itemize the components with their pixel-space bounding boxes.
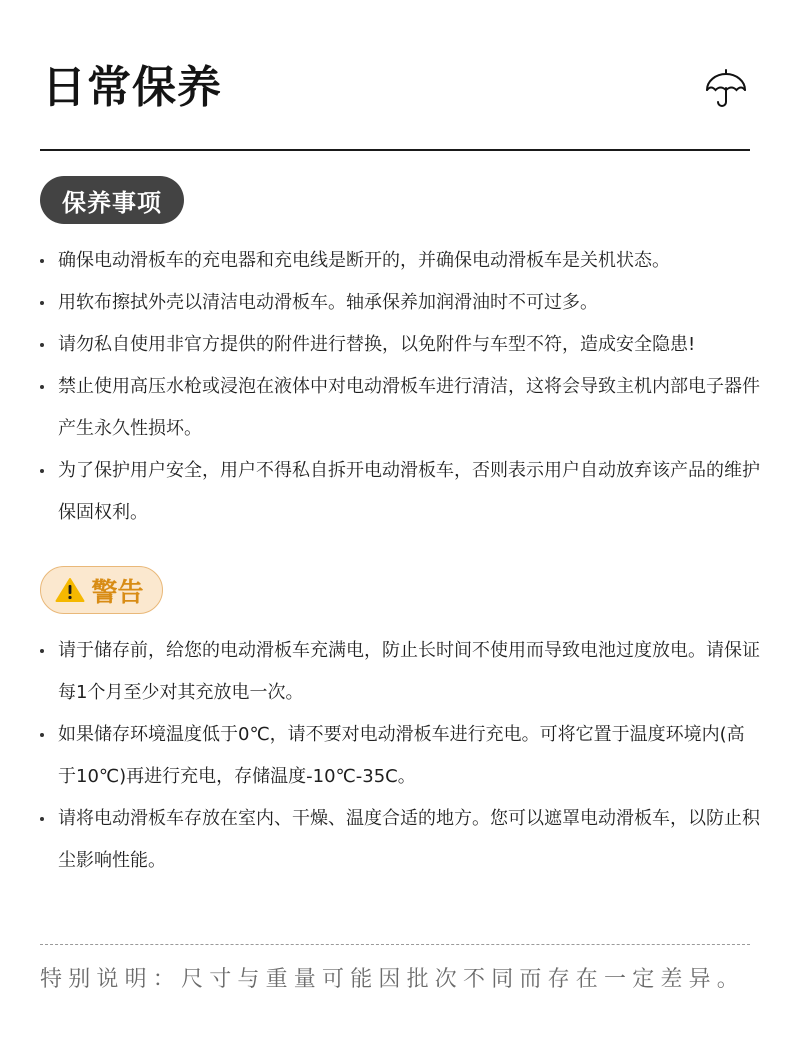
list-item: 禁止使用高压水枪或浸泡在液体中对电动滑板车进行清洁，这将会导致主机内部电子器件产… — [40, 366, 760, 450]
list-item: 为了保护用户安全，用户不得私自拆开电动滑板车，否则表示用户自动放弃该产品的维护保… — [40, 450, 760, 534]
warning-section-label: 警告 — [40, 566, 163, 614]
maintenance-label-text: 保养事项 — [62, 183, 162, 218]
page-title: 日常保养 — [42, 58, 222, 118]
maintenance-list: 确保电动滑板车的充电器和充电线是断开的，并确保电动滑板车是关机状态。 用软布擦拭… — [40, 240, 760, 534]
list-item: 确保电动滑板车的充电器和充电线是断开的，并确保电动滑板车是关机状态。 — [40, 240, 760, 282]
bullet-icon — [40, 817, 44, 821]
list-item: 如果储存环境温度低于0℃，请不要对电动滑板车进行充电。可将它置于温度环境内(高于… — [40, 714, 760, 798]
list-item: 用软布擦拭外壳以清洁电动滑板车。轴承保养加润滑油时不可过多。 — [40, 282, 760, 324]
bullet-icon — [40, 385, 44, 389]
warning-list: 请于储存前，给您的电动滑板车充满电，防止长时间不使用而导致电池过度放电。请保证每… — [40, 630, 760, 882]
bullet-icon — [40, 259, 44, 263]
bullet-icon — [40, 733, 44, 737]
list-item: 请于储存前，给您的电动滑板车充满电，防止长时间不使用而导致电池过度放电。请保证每… — [40, 630, 760, 714]
bullet-icon — [40, 343, 44, 347]
bullet-icon — [40, 301, 44, 305]
bullet-icon — [40, 469, 44, 473]
umbrella-icon — [702, 64, 750, 112]
bullet-icon — [40, 649, 44, 653]
list-item: 请勿私自使用非官方提供的附件进行替换，以免附件与车型不符，造成安全隐患! — [40, 324, 760, 366]
list-item: 请将电动滑板车存放在室内、干燥、温度合适的地方。您可以遮罩电动滑板车，以防止积尘… — [40, 798, 760, 882]
maintenance-section-label: 保养事项 — [40, 176, 184, 224]
header-divider — [40, 149, 750, 151]
footer-divider — [40, 944, 750, 945]
warning-label-text: 警告 — [91, 572, 143, 609]
footnote: 特别说明：尺寸与重量可能因批次不同而存在一定差异。 — [40, 962, 745, 993]
warning-triangle-icon — [55, 577, 85, 603]
